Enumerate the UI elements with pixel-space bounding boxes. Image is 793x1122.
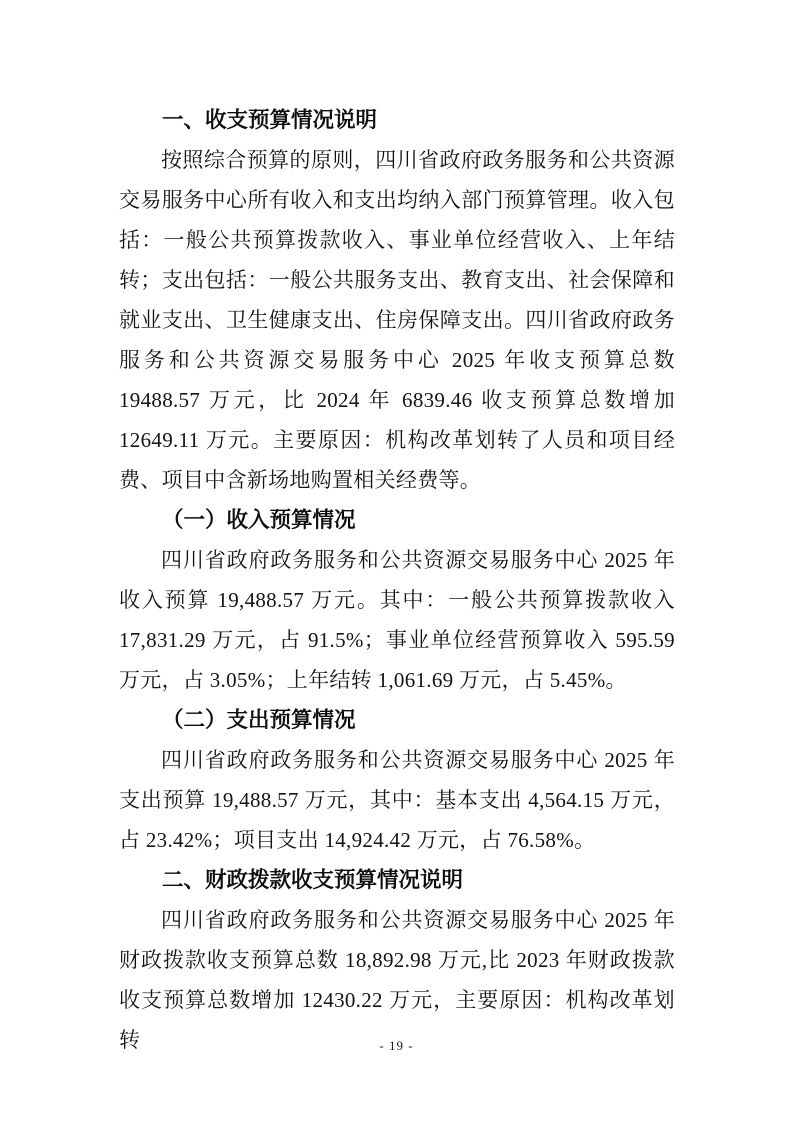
document-page: 一、收支预算情况说明 按照综合预算的原则，四川省政府政务服务和公共资源交易服务中… — [0, 0, 793, 1122]
page-number: - 19 - — [0, 1038, 793, 1054]
paragraph-budget-overview: 按照综合预算的原则，四川省政府政务服务和公共资源交易服务中心所有收入和支出均纳入… — [119, 140, 675, 500]
heading-income-budget: （一）收入预算情况 — [119, 500, 675, 540]
paragraph-expenditure-budget: 四川省政府政务服务和公共资源交易服务中心 2025 年支出预算 19,488.5… — [119, 740, 675, 860]
heading-budget-overview: 一、收支预算情况说明 — [119, 100, 675, 140]
heading-expenditure-budget: （二）支出预算情况 — [119, 700, 675, 740]
paragraph-income-budget: 四川省政府政务服务和公共资源交易服务中心 2025 年收入预算 19,488.5… — [119, 540, 675, 700]
document-body: 一、收支预算情况说明 按照综合预算的原则，四川省政府政务服务和公共资源交易服务中… — [119, 100, 675, 1060]
paragraph-fiscal-appropriation: 四川省政府政务服务和公共资源交易服务中心 2025 年财政拨款收支预算总数 18… — [119, 900, 675, 1060]
heading-fiscal-appropriation: 二、财政拨款收支预算情况说明 — [119, 860, 675, 900]
